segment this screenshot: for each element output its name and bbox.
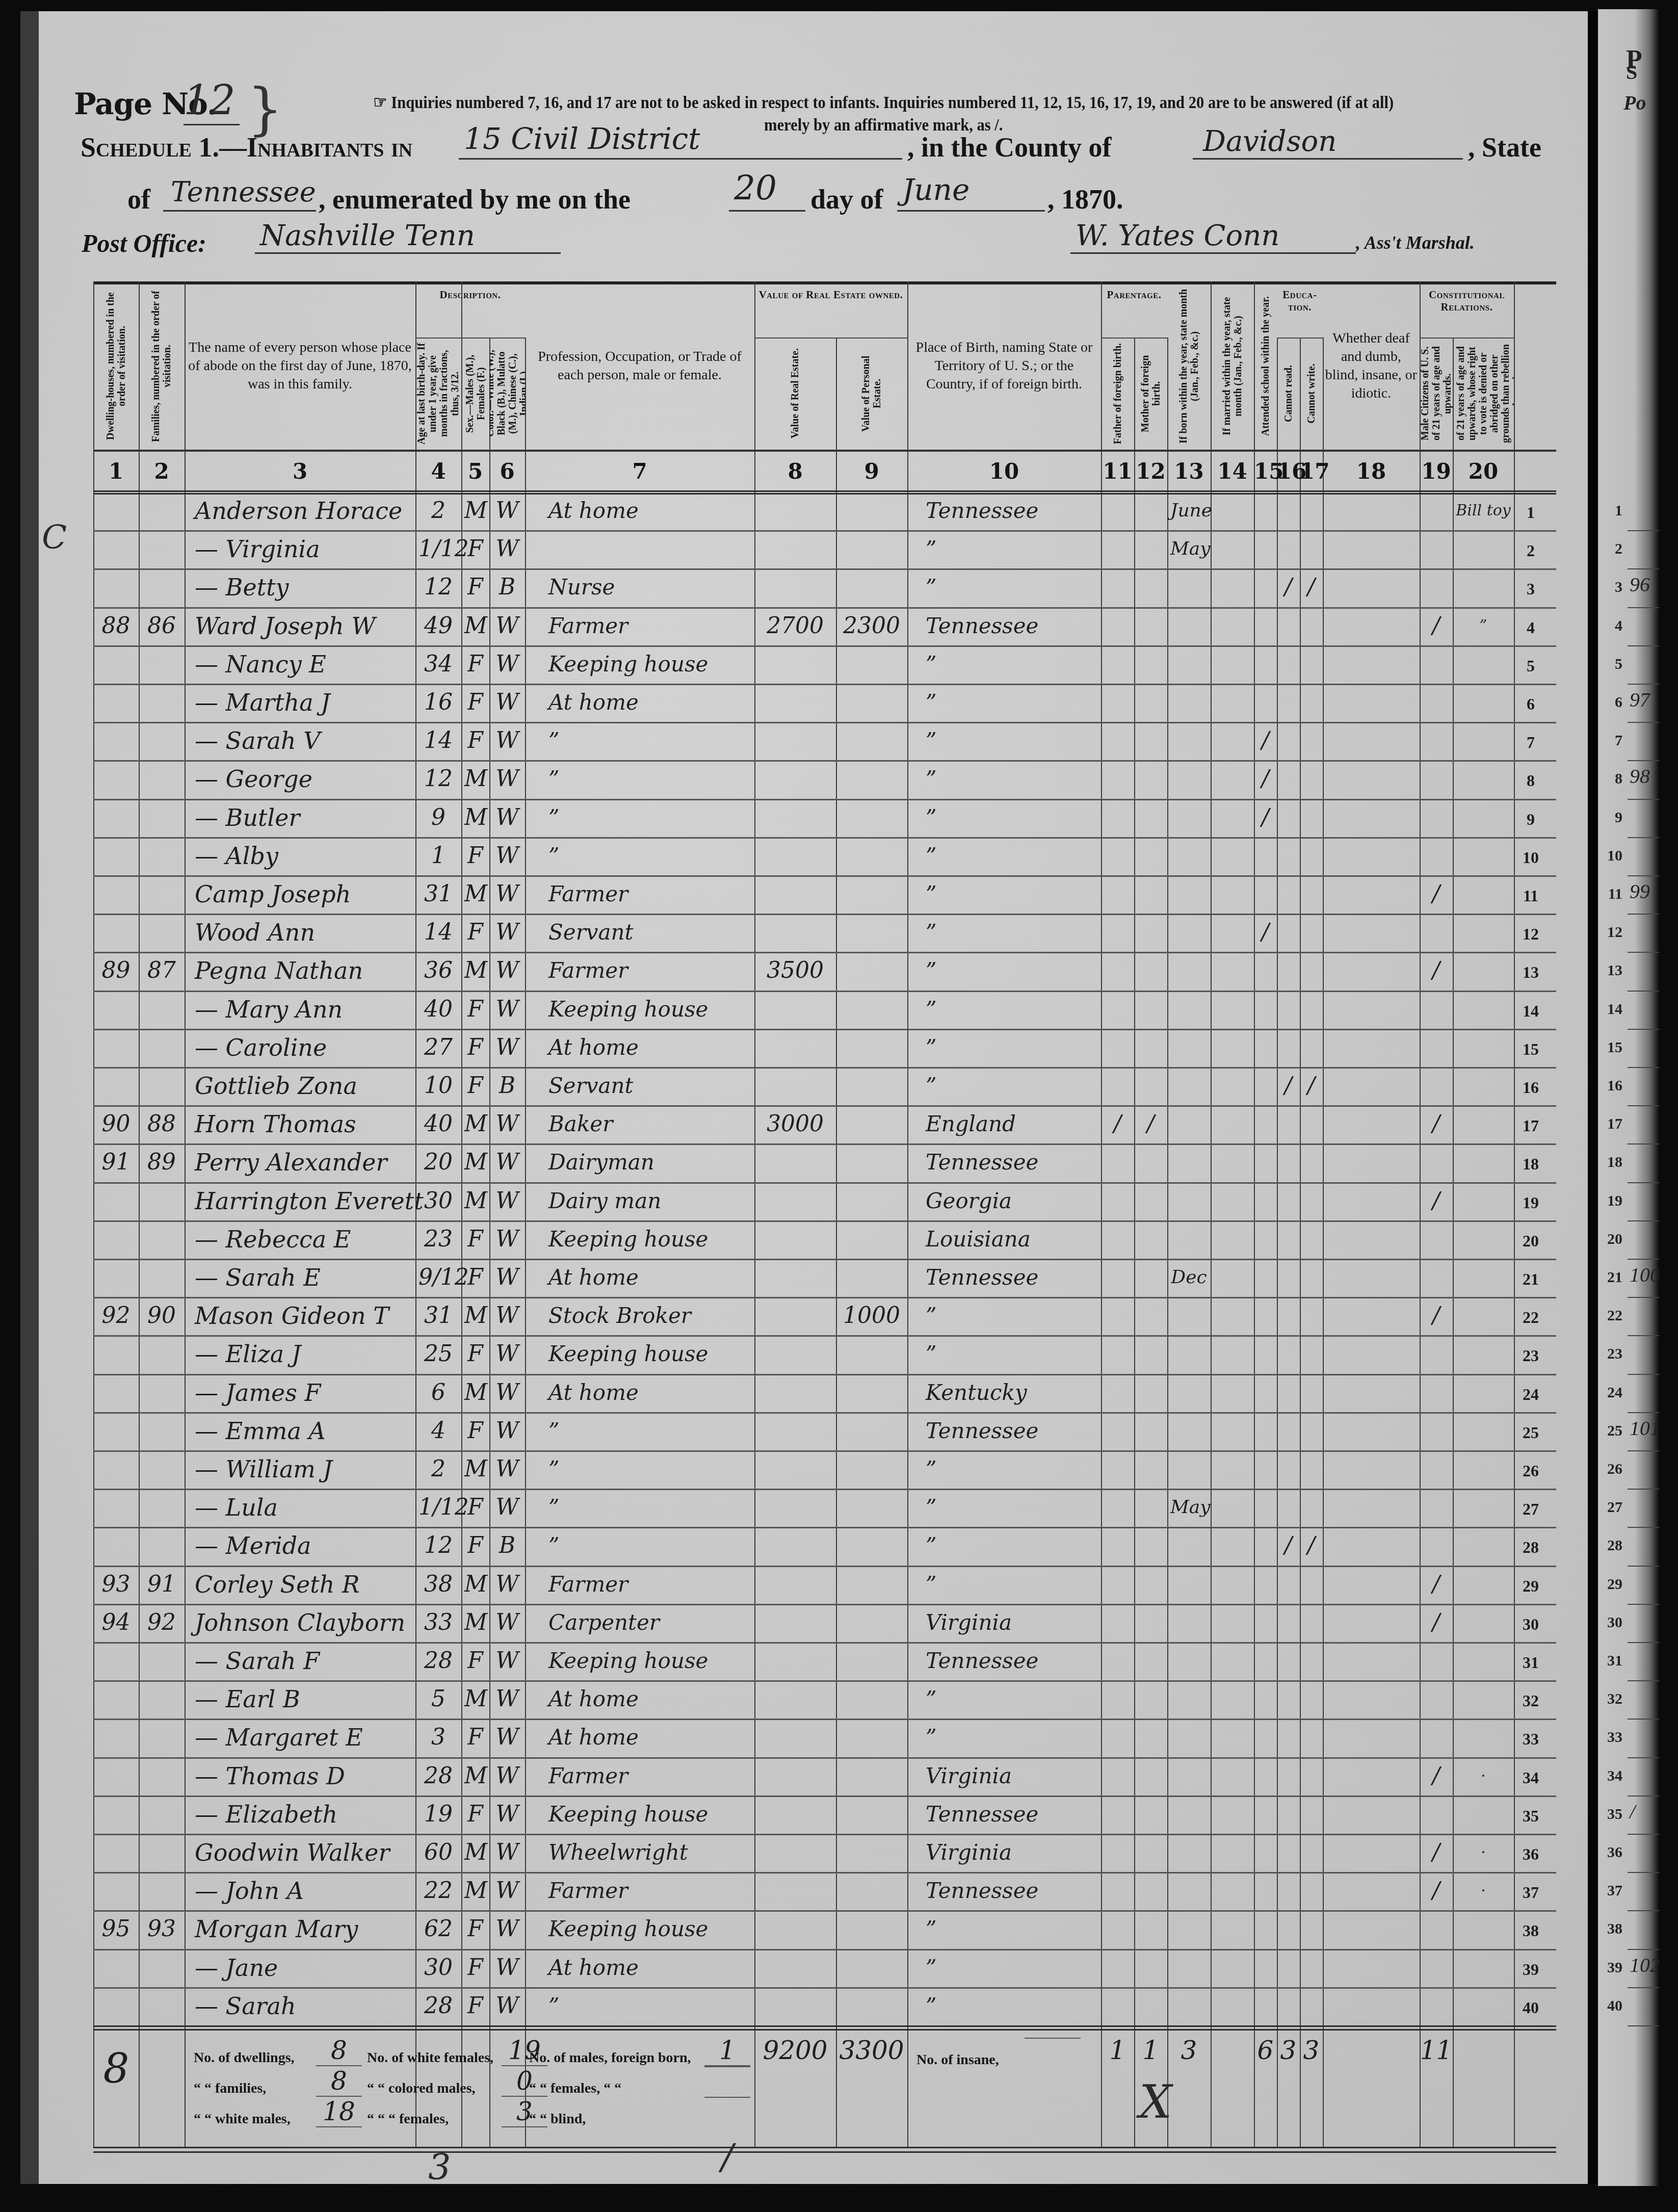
cell-citizen bbox=[1423, 760, 1450, 798]
adjacent-row-divider bbox=[1628, 1757, 1659, 1758]
cell-personal-estate bbox=[839, 1143, 904, 1181]
cell-personal-estate: 2300 bbox=[839, 607, 904, 645]
cell-dwelling bbox=[96, 1642, 136, 1680]
cell-disability bbox=[1326, 1029, 1417, 1066]
cell-born-month bbox=[1170, 1067, 1208, 1105]
totals-label-dwellings: No. of dwellings, bbox=[194, 2050, 295, 2066]
cell-sex: M bbox=[464, 492, 486, 530]
cell-denied: · bbox=[1456, 1834, 1511, 1871]
cell-disability bbox=[1326, 1412, 1417, 1450]
cell-father-foreign bbox=[1104, 952, 1131, 990]
cell-cannot-write bbox=[1303, 1834, 1320, 1871]
cell-born-month bbox=[1170, 1719, 1208, 1756]
cell-age: 22 bbox=[418, 1872, 458, 1910]
cell-real-estate bbox=[757, 875, 833, 913]
cell-occupation: Carpenter bbox=[528, 1604, 772, 1642]
cell-sex: F bbox=[464, 1489, 486, 1526]
totals-dwelling-tally: 8 bbox=[98, 2045, 134, 2092]
adjacent-row-divider bbox=[1628, 1680, 1659, 1681]
cell-real-estate bbox=[757, 760, 833, 798]
cell-family bbox=[142, 1680, 181, 1718]
cell-school bbox=[1257, 1795, 1274, 1833]
column-number: 3 bbox=[185, 459, 415, 484]
cell-occupation: Dairy man bbox=[528, 1182, 772, 1220]
cell-cannot-write bbox=[1303, 1105, 1320, 1143]
cell-name: — Betty bbox=[188, 568, 419, 606]
cell-denied bbox=[1456, 1987, 1511, 2025]
cell-father-foreign bbox=[1104, 991, 1131, 1028]
cell-disability bbox=[1326, 1182, 1417, 1220]
cell-occupation: ” bbox=[528, 1489, 772, 1526]
cell-school bbox=[1257, 1220, 1274, 1258]
cell-family bbox=[142, 684, 181, 721]
cell-cannot-read bbox=[1280, 1795, 1297, 1833]
cell-color: W bbox=[492, 875, 522, 913]
cell-occupation: At home bbox=[528, 684, 772, 721]
adjacent-row-divider bbox=[1628, 684, 1659, 685]
totals-bottom-rule bbox=[93, 2147, 1556, 2153]
cell-citizen: / bbox=[1423, 1757, 1450, 1795]
column-number: 10 bbox=[907, 459, 1101, 484]
cell-real-estate bbox=[757, 722, 833, 760]
enumerated-label: , enumerated by me on the bbox=[319, 184, 631, 215]
row-number: 37 bbox=[1520, 1883, 1541, 1902]
cell-age: 31 bbox=[418, 1297, 458, 1335]
row-number: 36 bbox=[1520, 1845, 1541, 1864]
cell-mother-foreign bbox=[1137, 1719, 1164, 1756]
row-number: 26 bbox=[1520, 1462, 1541, 1480]
column-header-text: Whether deaf and dumb, blind, insane, or… bbox=[1325, 329, 1418, 403]
cell-disability bbox=[1326, 991, 1417, 1028]
cell-occupation bbox=[528, 530, 772, 568]
post-office-underline bbox=[255, 252, 561, 254]
cell-born-month bbox=[1170, 799, 1208, 837]
cell-father-foreign bbox=[1104, 1566, 1131, 1603]
cell-name: — Virginia bbox=[188, 530, 419, 568]
marshal-label: , Ass't Marshal. bbox=[1356, 232, 1475, 253]
cell-school bbox=[1257, 952, 1274, 990]
cell-real-estate bbox=[757, 1757, 833, 1795]
cell-mother-foreign bbox=[1137, 1450, 1164, 1488]
cell-occupation: Keeping house bbox=[528, 1910, 772, 1948]
cell-married-month bbox=[1214, 1220, 1251, 1258]
cell-personal-estate bbox=[839, 1182, 904, 1220]
cell-mother-foreign bbox=[1137, 991, 1164, 1028]
cell-citizen bbox=[1423, 1719, 1450, 1756]
cell-age: 1/12 bbox=[418, 1489, 458, 1526]
cell-real-estate bbox=[757, 1834, 833, 1871]
cell-disability bbox=[1326, 1450, 1417, 1488]
cell-personal-estate bbox=[839, 1220, 904, 1258]
cell-age: 4 bbox=[418, 1412, 458, 1450]
cell-denied bbox=[1456, 722, 1511, 760]
adjacent-row-number: 11 bbox=[1602, 886, 1622, 903]
cell-citizen bbox=[1423, 1335, 1450, 1373]
cell-born-month bbox=[1170, 1642, 1208, 1680]
cell-sex: M bbox=[464, 799, 486, 837]
cell-dwelling bbox=[96, 530, 136, 568]
cell-sex: M bbox=[464, 1566, 486, 1603]
adjacent-row-number: 22 bbox=[1602, 1307, 1622, 1324]
column-header-1: Dwelling-houses, numbered in the order o… bbox=[93, 284, 139, 448]
column-group-header: Educa-tion. bbox=[1277, 289, 1323, 313]
cell-age: 30 bbox=[418, 1949, 458, 1987]
totals-top-rule bbox=[93, 2025, 1556, 2031]
column-divider bbox=[1167, 337, 1168, 2147]
cell-dwelling bbox=[96, 1680, 136, 1718]
cell-cannot-read bbox=[1280, 875, 1297, 913]
cell-cannot-read bbox=[1280, 607, 1297, 645]
cell-cannot-write bbox=[1303, 1335, 1320, 1373]
cell-mother-foreign bbox=[1137, 1143, 1164, 1181]
column-header-13: If born within the year, state month (Ja… bbox=[1167, 284, 1211, 448]
cell-personal-estate bbox=[839, 914, 904, 951]
cell-school bbox=[1257, 1374, 1274, 1412]
cell-born-month bbox=[1170, 1949, 1208, 1987]
cell-disability bbox=[1326, 837, 1417, 875]
cell-born-month bbox=[1170, 1105, 1208, 1143]
cell-father-foreign bbox=[1104, 1872, 1131, 1910]
cell-born-month: May bbox=[1170, 1489, 1208, 1526]
cell-denied bbox=[1456, 645, 1511, 683]
cell-cannot-read bbox=[1280, 837, 1297, 875]
cell-father-foreign bbox=[1104, 875, 1131, 913]
cell-denied bbox=[1456, 1566, 1511, 1603]
cell-cannot-read bbox=[1280, 1680, 1297, 1718]
totals-citizens-total: 11 bbox=[1420, 2036, 1453, 2065]
cell-mother-foreign bbox=[1137, 1680, 1164, 1718]
cell-cannot-write bbox=[1303, 1220, 1320, 1258]
cell-dwelling bbox=[96, 760, 136, 798]
cell-family bbox=[142, 530, 181, 568]
cell-color: W bbox=[492, 1220, 522, 1258]
cell-father-foreign bbox=[1104, 1374, 1131, 1412]
cell-family bbox=[142, 1374, 181, 1412]
cell-color: W bbox=[492, 1297, 522, 1335]
day-value: 20 bbox=[734, 168, 777, 207]
cell-family bbox=[142, 1335, 181, 1373]
cell-father-foreign bbox=[1104, 645, 1131, 683]
cell-color: W bbox=[492, 722, 522, 760]
cell-family bbox=[142, 1872, 181, 1910]
cell-color: W bbox=[492, 1987, 522, 2025]
cell-denied: · bbox=[1456, 1757, 1511, 1795]
cell-disability bbox=[1326, 684, 1417, 721]
column-header-3: The name of every person whose place of … bbox=[185, 284, 415, 448]
cell-cannot-read: / bbox=[1280, 1527, 1297, 1565]
cell-married-month bbox=[1214, 1297, 1251, 1335]
cell-married-month bbox=[1214, 1795, 1251, 1833]
county-label: , in the County of bbox=[907, 132, 1112, 163]
adjacent-page-strip: P S Po 123456789101112131415161718192021… bbox=[1598, 9, 1659, 2186]
row-number: 33 bbox=[1520, 1730, 1541, 1749]
cell-color: W bbox=[492, 684, 522, 721]
row-number: 30 bbox=[1520, 1615, 1541, 1634]
cell-citizen bbox=[1423, 1412, 1450, 1450]
cell-denied bbox=[1456, 1029, 1511, 1066]
cell-citizen bbox=[1423, 492, 1450, 530]
cell-disability bbox=[1326, 568, 1417, 606]
cell-personal-estate bbox=[839, 684, 904, 721]
cell-denied bbox=[1456, 1182, 1511, 1220]
column-header-2: Families, numbered in the order of visit… bbox=[139, 284, 185, 448]
cell-personal-estate: 1000 bbox=[839, 1297, 904, 1335]
month-value: June bbox=[902, 172, 969, 207]
adjacent-dwelling-number: 96 bbox=[1630, 572, 1650, 596]
adjacent-row-number: 38 bbox=[1602, 1920, 1622, 1938]
cell-age: 34 bbox=[418, 645, 458, 683]
adjacent-row-divider bbox=[1628, 914, 1659, 915]
cell-sex: F bbox=[464, 1029, 486, 1066]
adjacent-row-divider bbox=[1628, 1795, 1659, 1797]
cell-school bbox=[1257, 492, 1274, 530]
cell-school bbox=[1257, 1182, 1274, 1220]
column-header-text: Age at last birth-day. If under 1 year, … bbox=[416, 342, 461, 446]
cell-citizen bbox=[1423, 1489, 1450, 1526]
cell-dwelling bbox=[96, 1029, 136, 1066]
cell-personal-estate bbox=[839, 760, 904, 798]
cell-dwelling bbox=[96, 1489, 136, 1526]
column-header-text: Cannot write. bbox=[1306, 363, 1317, 424]
cell-name: — Sarah F bbox=[188, 1642, 419, 1680]
cell-denied bbox=[1456, 1910, 1511, 1948]
instructions-line-1: ☞ Inquiries numbered 7, 16, and 17 are n… bbox=[359, 92, 1408, 114]
totals-label-white-males: “ “ white males, bbox=[194, 2111, 291, 2127]
cell-occupation: Keeping house bbox=[528, 1220, 772, 1258]
row-number: 32 bbox=[1520, 1691, 1541, 1710]
cell-married-month bbox=[1214, 1259, 1251, 1296]
cell-age: 33 bbox=[418, 1604, 458, 1642]
cell-school bbox=[1257, 1757, 1274, 1795]
cell-cannot-write bbox=[1303, 607, 1320, 645]
row-number: 17 bbox=[1520, 1116, 1541, 1135]
cell-cannot-write bbox=[1303, 875, 1320, 913]
cell-citizen: / bbox=[1423, 1872, 1450, 1910]
cell-birthplace: ” bbox=[910, 1489, 1113, 1526]
cell-personal-estate bbox=[839, 1527, 904, 1565]
cell-father-foreign bbox=[1104, 760, 1131, 798]
row-number: 31 bbox=[1520, 1653, 1541, 1672]
cell-birthplace: ” bbox=[910, 568, 1113, 606]
adjacent-row-divider bbox=[1628, 837, 1659, 838]
cell-color: W bbox=[492, 1757, 522, 1795]
adjacent-row-number: 15 bbox=[1602, 1039, 1622, 1056]
row-number: 9 bbox=[1520, 810, 1541, 829]
cell-cannot-write bbox=[1303, 1259, 1320, 1296]
cell-name: Mason Gideon T bbox=[188, 1297, 419, 1335]
cell-occupation: Stock Broker bbox=[528, 1297, 772, 1335]
cell-birthplace: ” bbox=[910, 1450, 1113, 1488]
column-divider bbox=[139, 281, 140, 2147]
adjacent-row-number: 21 bbox=[1602, 1269, 1622, 1286]
cell-dwelling bbox=[96, 875, 136, 913]
cell-birthplace: Virginia bbox=[910, 1834, 1113, 1871]
cell-father-foreign bbox=[1104, 799, 1131, 837]
cell-occupation: ” bbox=[528, 1987, 772, 2025]
cell-occupation: Servant bbox=[528, 914, 772, 951]
cell-family bbox=[142, 914, 181, 951]
adjacent-row-divider bbox=[1628, 2025, 1659, 2026]
totals-born-within-year-total: 3 bbox=[1167, 2036, 1211, 2065]
adjacent-dwelling-number: 100 bbox=[1630, 1263, 1659, 1287]
cell-name: Corley Seth R bbox=[188, 1566, 419, 1603]
cell-cannot-write bbox=[1303, 722, 1320, 760]
adjacent-row-divider bbox=[1628, 952, 1659, 953]
adjacent-row-divider bbox=[1628, 1566, 1659, 1567]
cell-born-month bbox=[1170, 1143, 1208, 1181]
cell-age: 2 bbox=[418, 1450, 458, 1488]
cell-dwelling: 95 bbox=[96, 1910, 136, 1948]
cell-color: W bbox=[492, 1105, 522, 1143]
cell-real-estate bbox=[757, 1987, 833, 2025]
cell-age: 28 bbox=[418, 1757, 458, 1795]
row-number: 22 bbox=[1520, 1308, 1541, 1327]
cell-birthplace: ” bbox=[910, 837, 1113, 875]
cell-dwelling bbox=[96, 1527, 136, 1565]
adjacent-row-number: 13 bbox=[1602, 962, 1622, 979]
column-number: 1 bbox=[93, 459, 139, 484]
cell-sex: M bbox=[464, 875, 486, 913]
cell-mother-foreign bbox=[1137, 1412, 1164, 1450]
cell-married-month bbox=[1214, 1910, 1251, 1948]
cell-dwelling bbox=[96, 1795, 136, 1833]
column-header-19: Male Citizens of U. S. of 21 years of ag… bbox=[1420, 340, 1453, 448]
cell-occupation: At home bbox=[528, 1719, 772, 1756]
cell-cannot-read bbox=[1280, 1335, 1297, 1373]
cell-born-month bbox=[1170, 1220, 1208, 1258]
cell-disability bbox=[1326, 1757, 1417, 1795]
cell-name: — Jane bbox=[188, 1949, 419, 1987]
adjacent-row-number: 18 bbox=[1602, 1154, 1622, 1171]
cell-color: B bbox=[492, 568, 522, 606]
column-number: 2 bbox=[139, 459, 185, 484]
adjacent-row-divider bbox=[1628, 875, 1659, 876]
cell-mother-foreign bbox=[1137, 1527, 1164, 1565]
adjacent-row-number: 1 bbox=[1602, 502, 1622, 519]
cell-denied: Bill toy bbox=[1456, 492, 1511, 530]
cell-name: — Margaret E bbox=[188, 1719, 419, 1756]
column-number: 9 bbox=[836, 459, 907, 484]
row-number: 38 bbox=[1520, 1921, 1541, 1940]
row-number: 10 bbox=[1520, 848, 1541, 867]
cell-citizen bbox=[1423, 1067, 1450, 1105]
cell-disability bbox=[1326, 1987, 1417, 2025]
cell-cannot-write bbox=[1303, 760, 1320, 798]
cell-personal-estate bbox=[839, 1067, 904, 1105]
cell-born-month: May bbox=[1170, 530, 1208, 568]
cell-birthplace: ” bbox=[910, 722, 1113, 760]
cell-mother-foreign bbox=[1137, 684, 1164, 721]
cell-personal-estate bbox=[839, 1872, 904, 1910]
cell-disability bbox=[1326, 952, 1417, 990]
cell-cannot-write: / bbox=[1303, 1067, 1320, 1105]
cell-birthplace: ” bbox=[910, 1910, 1113, 1948]
row-number: 27 bbox=[1520, 1500, 1541, 1519]
cell-real-estate bbox=[757, 1872, 833, 1910]
column-number: 14 bbox=[1211, 459, 1254, 484]
totals-label-colored-males: “ “ colored males, bbox=[367, 2080, 476, 2097]
cell-color: W bbox=[492, 1335, 522, 1373]
cell-school bbox=[1257, 1067, 1274, 1105]
cell-disability bbox=[1326, 1067, 1417, 1105]
cell-occupation: ” bbox=[528, 1450, 772, 1488]
column-number: 18 bbox=[1323, 459, 1420, 484]
cell-father-foreign bbox=[1104, 1182, 1131, 1220]
cell-dwelling bbox=[96, 722, 136, 760]
cell-born-month bbox=[1170, 1795, 1208, 1833]
cell-dwelling bbox=[96, 1067, 136, 1105]
cell-color: B bbox=[492, 1527, 522, 1565]
adjacent-row-divider bbox=[1628, 1604, 1659, 1605]
cell-dwelling bbox=[96, 991, 136, 1028]
cell-name: — Butler bbox=[188, 799, 419, 837]
cell-color: W bbox=[492, 1029, 522, 1066]
cell-age: 9/12 bbox=[418, 1259, 458, 1296]
cell-married-month bbox=[1214, 1949, 1251, 1987]
cell-real-estate bbox=[757, 1067, 833, 1105]
cell-sex: M bbox=[464, 1680, 486, 1718]
cell-denied bbox=[1456, 1795, 1511, 1833]
cell-cannot-read bbox=[1280, 1374, 1297, 1412]
cell-cannot-read bbox=[1280, 1220, 1297, 1258]
cell-name: — Martha J bbox=[188, 684, 419, 721]
column-number: 6 bbox=[489, 459, 525, 484]
adjacent-row-number: 26 bbox=[1602, 1461, 1622, 1478]
cell-birthplace: ” bbox=[910, 1067, 1113, 1105]
cell-citizen bbox=[1423, 530, 1450, 568]
cell-cannot-read bbox=[1280, 1489, 1297, 1526]
cell-birthplace: Virginia bbox=[910, 1604, 1113, 1642]
cell-birthplace: Georgia bbox=[910, 1182, 1113, 1220]
cell-cannot-write bbox=[1303, 1297, 1320, 1335]
cell-dwelling: 94 bbox=[96, 1604, 136, 1642]
cell-cannot-read bbox=[1280, 1757, 1297, 1795]
cell-disability bbox=[1326, 875, 1417, 913]
cell-family bbox=[142, 837, 181, 875]
cell-sex: F bbox=[464, 568, 486, 606]
cell-school bbox=[1257, 1680, 1274, 1718]
cell-cannot-write bbox=[1303, 1412, 1320, 1450]
cell-father-foreign bbox=[1104, 1143, 1131, 1181]
cell-mother-foreign bbox=[1137, 1335, 1164, 1373]
cell-denied bbox=[1456, 1527, 1511, 1565]
cell-cannot-read: / bbox=[1280, 1067, 1297, 1105]
cell-mother-foreign bbox=[1137, 1872, 1164, 1910]
cell-married-month bbox=[1214, 875, 1251, 913]
adjacent-row-divider bbox=[1628, 1489, 1659, 1490]
row-number: 16 bbox=[1520, 1078, 1541, 1097]
row-number: 1 bbox=[1520, 503, 1541, 522]
cell-cannot-read bbox=[1280, 492, 1297, 530]
column-divider bbox=[489, 337, 490, 2147]
cell-birthplace: Virginia bbox=[910, 1757, 1113, 1795]
cell-personal-estate bbox=[839, 799, 904, 837]
adjacent-page-header-char: S bbox=[1626, 60, 1637, 84]
cell-personal-estate bbox=[839, 1259, 904, 1296]
cell-father-foreign bbox=[1104, 1335, 1131, 1373]
cell-age: 2 bbox=[418, 492, 458, 530]
cell-school bbox=[1257, 1450, 1274, 1488]
adjacent-row-divider bbox=[1628, 1143, 1659, 1144]
cell-dwelling bbox=[96, 799, 136, 837]
adjacent-row-number: 19 bbox=[1602, 1192, 1622, 1210]
row-number: 20 bbox=[1520, 1232, 1541, 1251]
cell-mother-foreign bbox=[1137, 607, 1164, 645]
cell-mother-foreign bbox=[1137, 799, 1164, 837]
cell-father-foreign bbox=[1104, 1719, 1131, 1756]
cell-color: W bbox=[492, 837, 522, 875]
cell-disability bbox=[1326, 1910, 1417, 1948]
